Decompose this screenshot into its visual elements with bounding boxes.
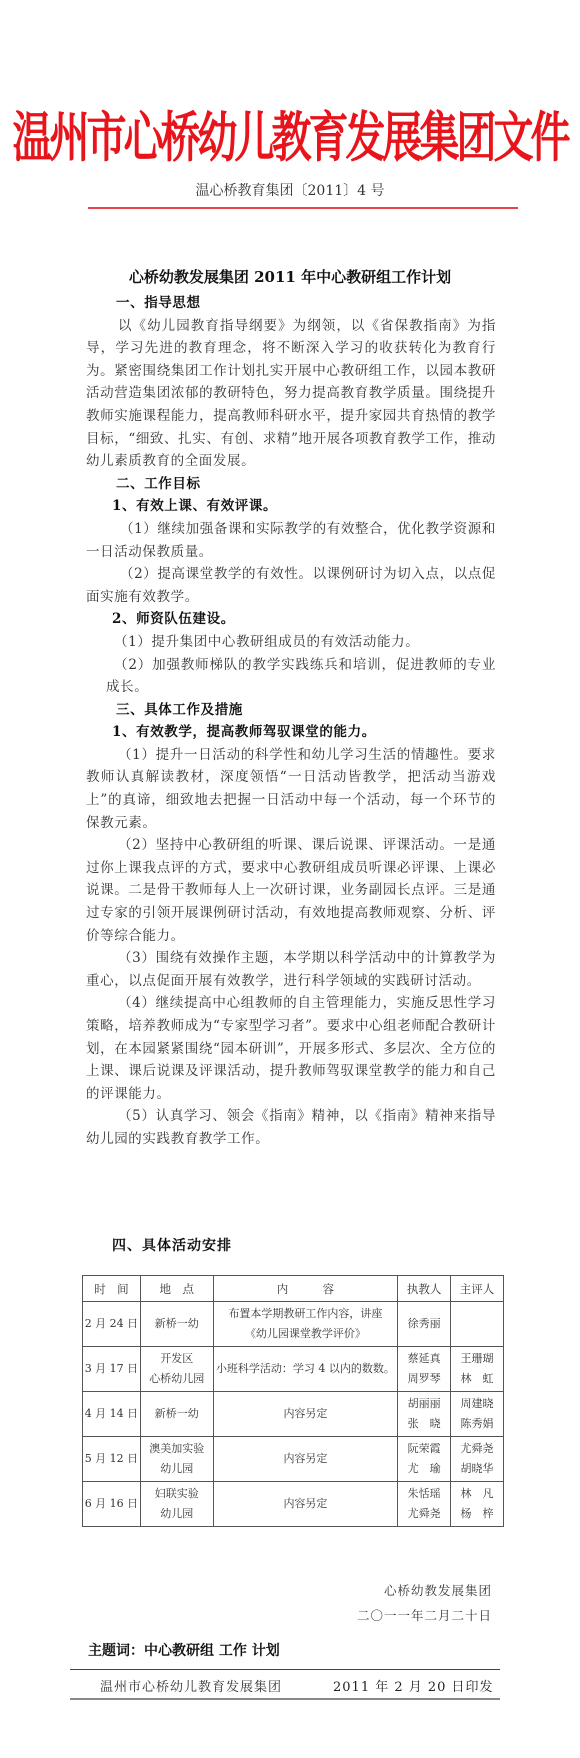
subsection-heading: 1、有效上课、有效评课。	[86, 495, 496, 518]
reviewer-name: 尤舜尧	[451, 1439, 503, 1459]
cell-content: 内容另定	[213, 1482, 398, 1527]
reviewer-name: 林 凡	[451, 1484, 503, 1504]
column-header-place: 地 点	[140, 1276, 213, 1302]
paragraph: 以《幼儿园教育指导纲要》为纲领，以《省保教指南》为指导，学习先进的教育理念，将不…	[86, 315, 496, 473]
cell-place: 妇联实验幼儿园	[140, 1482, 213, 1527]
print-date: 2011 年 2 月 20 日印发	[333, 1676, 494, 1695]
cell-date: 5 月 12 日	[83, 1437, 141, 1482]
place-line: 新桥一幼	[141, 1404, 213, 1424]
issuing-org: 温州市心桥幼儿教育发展集团	[100, 1676, 282, 1695]
cell-content: 布置本学期教研工作内容，讲座《幼儿园课堂教学评价》	[213, 1302, 398, 1347]
org-header-title: 温州市心桥幼儿教育发展集团文件	[0, 95, 580, 172]
column-header-time: 时 间	[83, 1276, 141, 1302]
reviewer-name: 林 虹	[451, 1369, 503, 1389]
footer-divider-top	[70, 1669, 500, 1670]
teacher-name: 胡丽丽	[398, 1394, 450, 1414]
cell-place: 新桥一幼	[140, 1302, 213, 1347]
cell-date: 6 月 16 日	[83, 1482, 141, 1527]
cell-teacher: 朱恬瑶尤舜尧	[398, 1482, 451, 1527]
table-row: 2 月 24 日 新桥一幼 布置本学期教研工作内容，讲座《幼儿园课堂教学评价》 …	[83, 1302, 504, 1347]
cell-teacher: 蔡延真周罗琴	[398, 1347, 451, 1392]
table-row: 4 月 14 日 新桥一幼 内容另定 胡丽丽张 晓 周建晓陈秀娟	[83, 1392, 504, 1437]
place-line: 妇联实验	[141, 1484, 213, 1504]
signature-date: 二〇一一年二月二十日	[357, 1606, 492, 1624]
cell-content: 小班科学活动：学习 4 以内的数数。	[213, 1347, 398, 1392]
list-item: （1）继续加强备课和实际教学的有效整合，优化教学资源和一日活动保教质量。	[86, 518, 496, 563]
place-line: 开发区	[141, 1349, 213, 1369]
teacher-name: 朱恬瑶	[398, 1484, 450, 1504]
cell-date: 3 月 17 日	[83, 1347, 141, 1392]
cell-teacher: 胡丽丽张 晓	[398, 1392, 451, 1437]
content-line: 内容另定	[214, 1404, 398, 1424]
teacher-name: 周罗琴	[398, 1369, 450, 1389]
teacher-name: 蔡延真	[398, 1349, 450, 1369]
content-line: 布置本学期教研工作内容，讲座	[214, 1304, 398, 1324]
activity-schedule-table: 时 间 地 点 内 容 执教人 主评人 2 月 24 日 新桥一幼 布置本学期教…	[82, 1275, 504, 1527]
cell-reviewer	[451, 1302, 504, 1347]
content-line: 小班科学活动：学习 4 以内的数数。	[214, 1359, 398, 1379]
cell-teacher: 阮荣霞尤 瑜	[398, 1437, 451, 1482]
column-header-teacher: 执教人	[398, 1276, 451, 1302]
subsection-heading: 2、师资队伍建设。	[86, 608, 496, 631]
cell-content: 内容另定	[213, 1437, 398, 1482]
red-divider	[88, 207, 518, 209]
table-row: 3 月 17 日 开发区心桥幼儿园 小班科学活动：学习 4 以内的数数。 蔡延真…	[83, 1347, 504, 1392]
list-item: （3）围绕有效操作主题，本学期以科学活动中的计算教学为重心，以点促面开展有效教学…	[86, 947, 496, 992]
table-header-row: 时 间 地 点 内 容 执教人 主评人	[83, 1276, 504, 1302]
section-heading: 二、工作目标	[86, 473, 496, 496]
column-header-content: 内 容	[213, 1276, 398, 1302]
place-line: 幼儿园	[141, 1459, 213, 1479]
section-heading: 四、具体活动安排	[112, 1235, 232, 1255]
cell-reviewer: 尤舜尧胡晓华	[451, 1437, 504, 1482]
teacher-name: 徐秀丽	[398, 1314, 450, 1334]
teacher-name: 尤舜尧	[398, 1504, 450, 1524]
place-line: 新桥一幼	[141, 1314, 213, 1334]
list-item: （1）提升集团中心教研组成员的有效活动能力。	[86, 631, 496, 654]
list-item: （5）认真学习、领会《指南》精神，以《指南》精神来指导幼儿园的实践教育教学工作。	[86, 1105, 496, 1150]
cell-date: 2 月 24 日	[83, 1302, 141, 1347]
table-row: 5 月 12 日 澳美加实验幼儿园 内容另定 阮荣霞尤 瑜 尤舜尧胡晓华	[83, 1437, 504, 1482]
list-item: （2）提高课堂教学的有效性。以课例研讨为切入点，以点促面实施有效教学。	[86, 563, 496, 608]
cell-reviewer: 王珊瑚林 虹	[451, 1347, 504, 1392]
content-line: 内容另定	[214, 1494, 398, 1514]
cell-content: 内容另定	[213, 1392, 398, 1437]
reviewer-name: 杨 梓	[451, 1504, 503, 1524]
teacher-name: 尤 瑜	[398, 1459, 450, 1479]
cell-reviewer: 林 凡杨 梓	[451, 1482, 504, 1527]
reviewer-name: 周建晓	[451, 1394, 503, 1414]
teacher-name: 张 晓	[398, 1414, 450, 1434]
document-body: 一、指导思想 以《幼儿园教育指导纲要》为纲领，以《省保教指南》为指导，学习先进的…	[86, 292, 496, 1151]
content-line: 《幼儿园课堂教学评价》	[214, 1324, 398, 1344]
document-number: 温心桥教育集团〔2011〕4 号	[0, 180, 580, 200]
section-heading: 一、指导思想	[86, 292, 496, 315]
section-heading: 三、具体工作及措施	[86, 699, 496, 722]
teacher-name: 阮荣霞	[398, 1439, 450, 1459]
cell-place: 澳美加实验幼儿园	[140, 1437, 213, 1482]
cell-place: 开发区心桥幼儿园	[140, 1347, 213, 1392]
list-item: （1）提升一日活动的科学性和幼儿学习生活的情趣性。要求教师认真解读教材，深度领悟…	[86, 744, 496, 834]
list-item: （2）坚持中心教研组的听课、课后说课、评课活动。一是通过你上课我点评的方式，要求…	[86, 834, 496, 947]
cell-reviewer: 周建晓陈秀娟	[451, 1392, 504, 1437]
subject-keywords: 主题词：中心教研组 工作 计划	[88, 1640, 280, 1660]
column-header-reviewer: 主评人	[451, 1276, 504, 1302]
cell-place: 新桥一幼	[140, 1392, 213, 1437]
reviewer-name: 胡晓华	[451, 1459, 503, 1479]
list-item: （2）加强教师梯队的教学实践练兵和培训，促进教师的专业成长。	[86, 654, 496, 699]
subsection-heading: 1、有效教学，提高教师驾驭课堂的能力。	[86, 721, 496, 744]
footer-divider-bottom	[70, 1698, 500, 1700]
place-line: 幼儿园	[141, 1504, 213, 1524]
list-item: （4）继续提高中心组教师的自主管理能力，实施反思性学习策略，培养教师成为“专家型…	[86, 992, 496, 1105]
cell-teacher: 徐秀丽	[398, 1302, 451, 1347]
reviewer-name: 陈秀娟	[451, 1414, 503, 1434]
document-title: 心桥幼教发展集团 2011 年中心教研组工作计划	[0, 266, 580, 287]
signature-org: 心桥幼教发展集团	[384, 1581, 492, 1599]
cell-date: 4 月 14 日	[83, 1392, 141, 1437]
content-line: 内容另定	[214, 1449, 398, 1469]
table-row: 6 月 16 日 妇联实验幼儿园 内容另定 朱恬瑶尤舜尧 林 凡杨 梓	[83, 1482, 504, 1527]
reviewer-name: 王珊瑚	[451, 1349, 503, 1369]
place-line: 澳美加实验	[141, 1439, 213, 1459]
place-line: 心桥幼儿园	[141, 1369, 213, 1389]
